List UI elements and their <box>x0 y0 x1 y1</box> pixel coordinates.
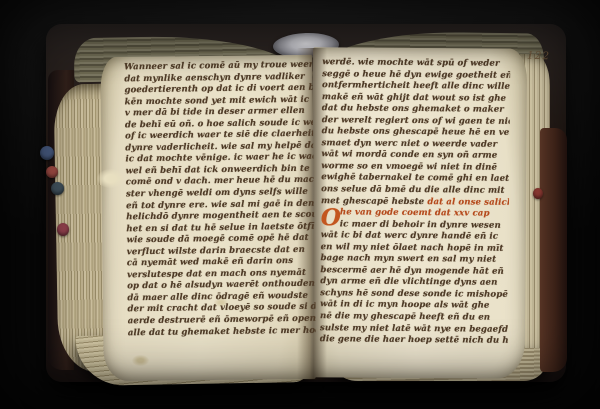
manuscript-text-left: Wanneer sal ic comē aū my troue weerdat … <box>124 60 316 340</box>
rubric-intro-red: dat al onse salich <box>427 197 509 208</box>
rubric-intro-black: met ghescapē hebste <box>321 196 427 207</box>
bookmark-knot-red-2 <box>57 223 69 236</box>
chapter-heading-block: O he van gode coemt dat xxv cap ic maer … <box>321 207 509 232</box>
rubric-initial-O: O <box>321 207 340 229</box>
folio-number: 122 <box>527 50 550 63</box>
text-line: die gene die haer hoep settē nich du hys… <box>320 334 508 347</box>
wax-stain <box>97 169 124 188</box>
text-right-top: werdē. wie mochte wāt spū of wederseggē … <box>321 57 510 197</box>
manuscript-text-right: werdē. wie mochte wāt spū of wederseggē … <box>320 57 511 347</box>
bookmark-knot-blue <box>40 146 54 160</box>
chapter-title-red: he van gode coemt dat xxv cap <box>340 207 509 220</box>
text-right-bottom: wāt ic bi dat werc dynre handē eñ icen w… <box>320 230 509 347</box>
book-cover-right-board <box>540 128 567 372</box>
text-line: werdē. wie mochte wāt spū of weder <box>322 57 510 70</box>
page-stain-bottom <box>132 355 149 366</box>
photo-background: 122 Wanneer sal ic comē aū my troue weer… <box>0 0 600 409</box>
bookmark-knot-dark <box>51 182 64 195</box>
bookmark-knot-red-1 <box>46 166 58 178</box>
bookmark-knot-right <box>533 188 543 199</box>
